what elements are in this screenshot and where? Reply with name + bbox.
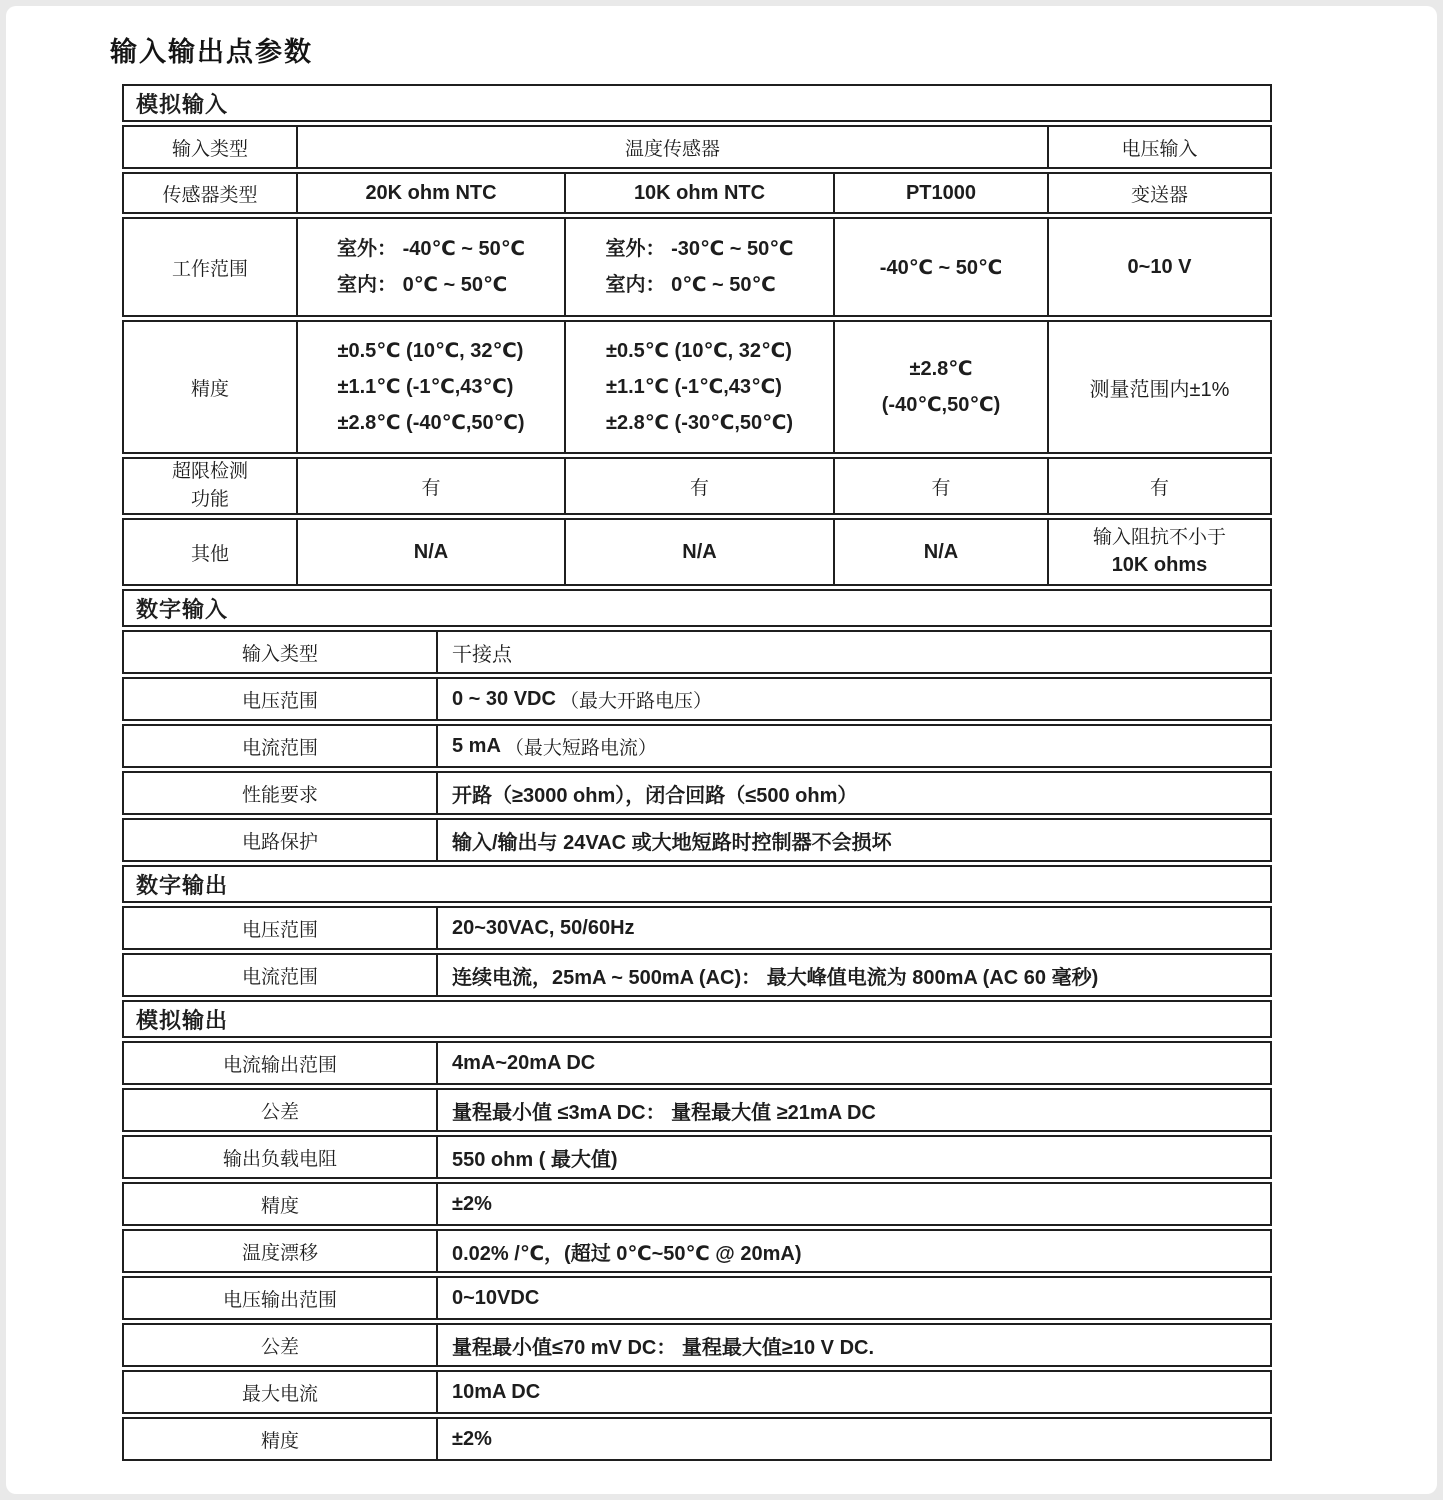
cell-transmitter-other: 输入阻抗不小于 10K ohms (1047, 520, 1270, 584)
table-row: 公差 量程最小值≤70 mV DC： 量程最大值≥10 V DC. (122, 1323, 1272, 1367)
cell-pt1000-limit: 有 (833, 459, 1047, 513)
cell-voltage-input: 电压输入 (1047, 127, 1270, 167)
row-label: 传感器类型 (124, 174, 296, 212)
table-row: 最大电流 10mA DC (122, 1370, 1272, 1414)
row-working-range: 工作范围 室外： -40℃ ~ 50℃ 室内： 0℃ ~ 50℃ 室外： -30… (122, 217, 1272, 317)
cell-ntc10-other: N/A (564, 520, 833, 584)
row-value: 10mA DC (436, 1372, 1270, 1412)
row-value: 开路（≥3000 ohm），闭合回路（≤500 ohm） (436, 773, 1270, 813)
cell-ntc20-limit: 有 (296, 459, 564, 513)
table-row: 性能要求 开路（≥3000 ohm），闭合回路（≤500 ohm） (122, 771, 1272, 815)
range-lines: 室外： -30℃ ~ 50℃ 室内： 0℃ ~ 50℃ (606, 231, 794, 303)
accuracy-lines: ±2.8℃ (-40℃,50℃) (882, 351, 1000, 423)
cell-pt1000-range: -40℃ ~ 50℃ (833, 219, 1047, 315)
cell-ntc10: 10K ohm NTC (564, 174, 833, 212)
cell-transmitter-limit: 有 (1047, 459, 1270, 513)
row-value: 0 ~ 30 VDC （最大开路电压） (436, 679, 1270, 719)
impedance-lines: 输入阻抗不小于 10K ohms (1093, 524, 1226, 581)
row-label: 精度 (124, 1419, 436, 1459)
section-header-digital-input: 数字输入 (122, 589, 1272, 627)
row-accuracy: 精度 ±0.5℃ (10℃, 32℃) ±1.1℃ (-1℃,43℃) ±2.8… (122, 320, 1272, 454)
row-value: 5 mA （最大短路电流） (436, 726, 1270, 766)
cell-transmitter-accuracy: 测量范围内±1% (1047, 322, 1270, 452)
row-label: 精度 (124, 1184, 436, 1224)
row-value: 0~10VDC (436, 1278, 1270, 1318)
row-value: ±2% (436, 1184, 1270, 1224)
row-label: 公差 (124, 1090, 436, 1130)
row-value: 量程最小值 ≤3mA DC： 量程最大值 ≥21mA DC (436, 1090, 1270, 1130)
row-limit-detection: 超限检测 功能 有 有 有 有 (122, 457, 1272, 515)
row-label: 输入类型 (124, 127, 296, 167)
range-lines: 室外： -40℃ ~ 50℃ 室内： 0℃ ~ 50℃ (337, 231, 525, 303)
cell-ntc10-accuracy: ±0.5℃ (10℃, 32℃) ±1.1℃ (-1℃,43℃) ±2.8℃ (… (564, 322, 833, 452)
row-label: 电压范围 (124, 679, 436, 719)
row-value: 输入/输出与 24VAC 或大地短路时控制器不会损坏 (436, 820, 1270, 860)
row-label: 电流范围 (124, 726, 436, 766)
row-value: 4mA~20mA DC (436, 1043, 1270, 1083)
cell-ntc10-limit: 有 (564, 459, 833, 513)
table-row: 电压范围 0 ~ 30 VDC （最大开路电压） (122, 677, 1272, 721)
table-row: 电压范围 20~30VAC, 50/60Hz (122, 906, 1272, 950)
row-value: 量程最小值≤70 mV DC： 量程最大值≥10 V DC. (436, 1325, 1270, 1365)
row-label: 最大电流 (124, 1372, 436, 1412)
row-label: 其他 (124, 520, 296, 584)
table-row: 精度 ±2% (122, 1182, 1272, 1226)
row-label: 性能要求 (124, 773, 436, 813)
row-label: 温度漂移 (124, 1231, 436, 1271)
row-input-type: 输入类型 温度传感器 电压输入 (122, 125, 1272, 169)
row-label: 精度 (124, 322, 296, 452)
row-value: 20~30VAC, 50/60Hz (436, 908, 1270, 948)
cell-ntc20: 20K ohm NTC (296, 174, 564, 212)
row-label: 输入类型 (124, 632, 436, 672)
cell-ntc10-range: 室外： -30℃ ~ 50℃ 室内： 0℃ ~ 50℃ (564, 219, 833, 315)
cell-ntc20-range: 室外： -40℃ ~ 50℃ 室内： 0℃ ~ 50℃ (296, 219, 564, 315)
accuracy-lines: ±0.5℃ (10℃, 32℃) ±1.1℃ (-1℃,43℃) ±2.8℃ (… (606, 333, 793, 441)
row-label: 电流输出范围 (124, 1043, 436, 1083)
table-row: 输入类型 干接点 (122, 630, 1272, 674)
page-title: 输入输出点参数 (110, 30, 313, 69)
table-row: 精度 ±2% (122, 1417, 1272, 1461)
row-value: 干接点 (436, 632, 1270, 672)
cell-pt1000: PT1000 (833, 174, 1047, 212)
row-value: 0.02% /℃，(超过 0℃~50℃ @ 20mA) (436, 1231, 1270, 1271)
label-lines: 超限检测 功能 (172, 459, 248, 513)
cell-temp-sensor: 温度传感器 (296, 127, 1047, 167)
row-label: 输出负载电阻 (124, 1137, 436, 1177)
section-header-digital-output: 数字输出 (122, 865, 1272, 903)
cell-ntc20-other: N/A (296, 520, 564, 584)
cell-pt1000-other: N/A (833, 520, 1047, 584)
row-label: 工作范围 (124, 219, 296, 315)
cell-ntc20-accuracy: ±0.5℃ (10℃, 32℃) ±1.1℃ (-1℃,43℃) ±2.8℃ (… (296, 322, 564, 452)
section-header-analog-output: 模拟输出 (122, 1000, 1272, 1038)
cell-transmitter: 变送器 (1047, 174, 1270, 212)
row-value: ±2% (436, 1419, 1270, 1459)
row-label: 超限检测 功能 (124, 459, 296, 513)
row-label: 电流范围 (124, 955, 436, 995)
row-value: 连续电流，25mA ~ 500mA (AC)： 最大峰值电流为 800mA (A… (436, 955, 1270, 995)
table-row: 温度漂移 0.02% /℃，(超过 0℃~50℃ @ 20mA) (122, 1229, 1272, 1273)
section-header-analog-input: 模拟输入 (122, 84, 1272, 122)
table-row: 公差 量程最小值 ≤3mA DC： 量程最大值 ≥21mA DC (122, 1088, 1272, 1132)
row-sensor-type: 传感器类型 20K ohm NTC 10K ohm NTC PT1000 变送器 (122, 172, 1272, 214)
table-row: 电压输出范围 0~10VDC (122, 1276, 1272, 1320)
cell-pt1000-accuracy: ±2.8℃ (-40℃,50℃) (833, 322, 1047, 452)
table-row: 电路保护 输入/输出与 24VAC 或大地短路时控制器不会损坏 (122, 818, 1272, 862)
row-label: 电压范围 (124, 908, 436, 948)
row-other: 其他 N/A N/A N/A 输入阻抗不小于 10K ohms (122, 518, 1272, 586)
table-row: 输出负载电阻 550 ohm ( 最大值) (122, 1135, 1272, 1179)
row-label: 公差 (124, 1325, 436, 1365)
row-label: 电路保护 (124, 820, 436, 860)
document-page: 输入输出点参数 模拟输入 输入类型 温度传感器 电压输入 传感器类型 20K o… (6, 6, 1437, 1494)
io-spec-table: 模拟输入 输入类型 温度传感器 电压输入 传感器类型 20K ohm NTC 1… (122, 84, 1272, 1461)
accuracy-lines: ±0.5℃ (10℃, 32℃) ±1.1℃ (-1℃,43℃) ±2.8℃ (… (337, 333, 524, 441)
table-row: 电流输出范围 4mA~20mA DC (122, 1041, 1272, 1085)
table-row: 电流范围 5 mA （最大短路电流） (122, 724, 1272, 768)
table-row: 电流范围 连续电流，25mA ~ 500mA (AC)： 最大峰值电流为 800… (122, 953, 1272, 997)
row-label: 电压输出范围 (124, 1278, 436, 1318)
cell-transmitter-range: 0~10 V (1047, 219, 1270, 315)
row-value: 550 ohm ( 最大值) (436, 1137, 1270, 1177)
